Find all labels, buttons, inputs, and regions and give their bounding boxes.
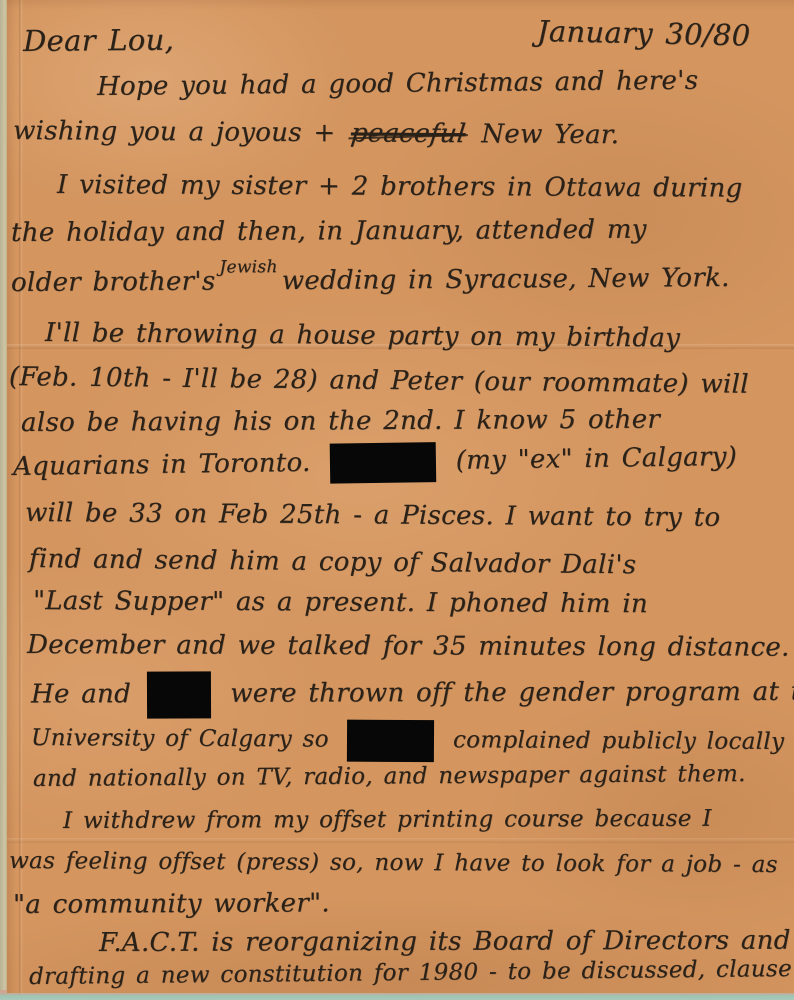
line-text: will be 33 on Feb 25th - a Pisces. I wan… [25,498,721,533]
letter-line: I withdrew from my offset printing cours… [63,806,712,834]
date-line: January 30/80 [537,14,751,52]
redaction-box [330,442,437,483]
line-text: He and [31,679,131,709]
letter-line: F.A.C.T. is reorganizing its Board of Di… [99,926,791,958]
line-text: New Year. [481,119,619,150]
line-text: older brother's [11,267,216,298]
line-text: wishing you a joyous + [13,116,336,148]
letter-line: "a community worker". [13,888,330,920]
letter-line: I'll be throwing a house party on my bir… [45,318,680,354]
line-text: find and send him a copy of Salvador Dal… [29,544,637,580]
line-text: "a community worker". [13,888,330,920]
line-text: was feeling offset (press) so, now I hav… [9,848,778,878]
letter-line: Aquarians in Toronto. (my "ex" in Calgar… [13,438,738,488]
letter-scan: { "document": { "kind": "handwritten-let… [0,0,794,1000]
line-text: I'll be throwing a house party on my bir… [45,318,680,354]
inserted-word: Jewish [219,257,277,277]
letter-line: December and we talked for 35 minutes lo… [27,630,790,663]
letter-line: the holiday and then, in January, attend… [11,215,647,248]
line-text: F.A.C.T. is reorganizing its Board of Di… [99,926,791,958]
line-text: also be having his on the 2nd. I know 5 … [21,405,660,438]
letter-line: (Feb. 10th - I'll be 28) and Peter (our … [9,362,749,400]
line-text: I withdrew from my offset printing cours… [63,806,712,834]
line-text: complained publicly locally [453,727,784,755]
line-text: University of Calgary so [31,725,329,753]
letter-line: I visited my sister + 2 brothers in Otta… [57,170,743,204]
line-text: (my "ex" in Calgary) [455,442,737,476]
scribbled-word: peaceful [349,118,467,149]
line-text: Hope you had a good Christmas and here's [97,66,699,102]
letter-line: and nationally on TV, radio, and newspap… [33,761,746,792]
line-text: (Feb. 10th - I'll be 28) and Peter (our … [9,362,749,400]
letter-line: find and send him a copy of Salvador Dal… [29,544,637,580]
letter-page: January 30/80 Dear Lou, Hope you had a g… [7,0,794,993]
letter-line: Hope you had a good Christmas and here's [97,66,699,102]
letter-line: He and were thrown off the gender progra… [31,669,794,719]
salutation: Dear Lou, [23,23,174,58]
line-text: the holiday and then, in January, attend… [11,215,647,248]
letter-line: University of Calgary so complained publ… [31,718,785,764]
line-text: "Last Supper" as a present. I phoned him… [33,586,648,619]
letter-line: "Last Supper" as a present. I phoned him… [33,586,648,619]
line-text: drafting a new constitution for 1980 - t… [29,956,792,990]
line-text: and nationally on TV, radio, and newspap… [33,761,746,792]
letter-line: wishing you a joyous + peaceful New Year… [13,116,619,150]
line-text: December and we talked for 35 minutes lo… [27,630,790,663]
letter-line: drafting a new constitution for 1980 - t… [29,956,792,990]
letter-line: older brother'sJewishwedding in Syracuse… [11,263,730,298]
paper-crease-vertical [19,0,23,993]
letter-line: was feeling offset (press) so, now I hav… [9,848,778,878]
letter-line: also be having his on the 2nd. I know 5 … [21,405,660,438]
line-text: Aquarians in Toronto. [13,448,311,482]
line-text: I visited my sister + 2 brothers in Otta… [57,170,743,204]
line-text: were thrown off the gender program at th… [230,677,794,709]
redaction-box [347,720,434,762]
redaction-box [147,671,211,718]
letter-line: will be 33 on Feb 25th - a Pisces. I wan… [25,498,721,533]
paper-crease-horizontal-2 [7,838,794,843]
line-text: wedding in Syracuse, New York. [282,263,730,296]
